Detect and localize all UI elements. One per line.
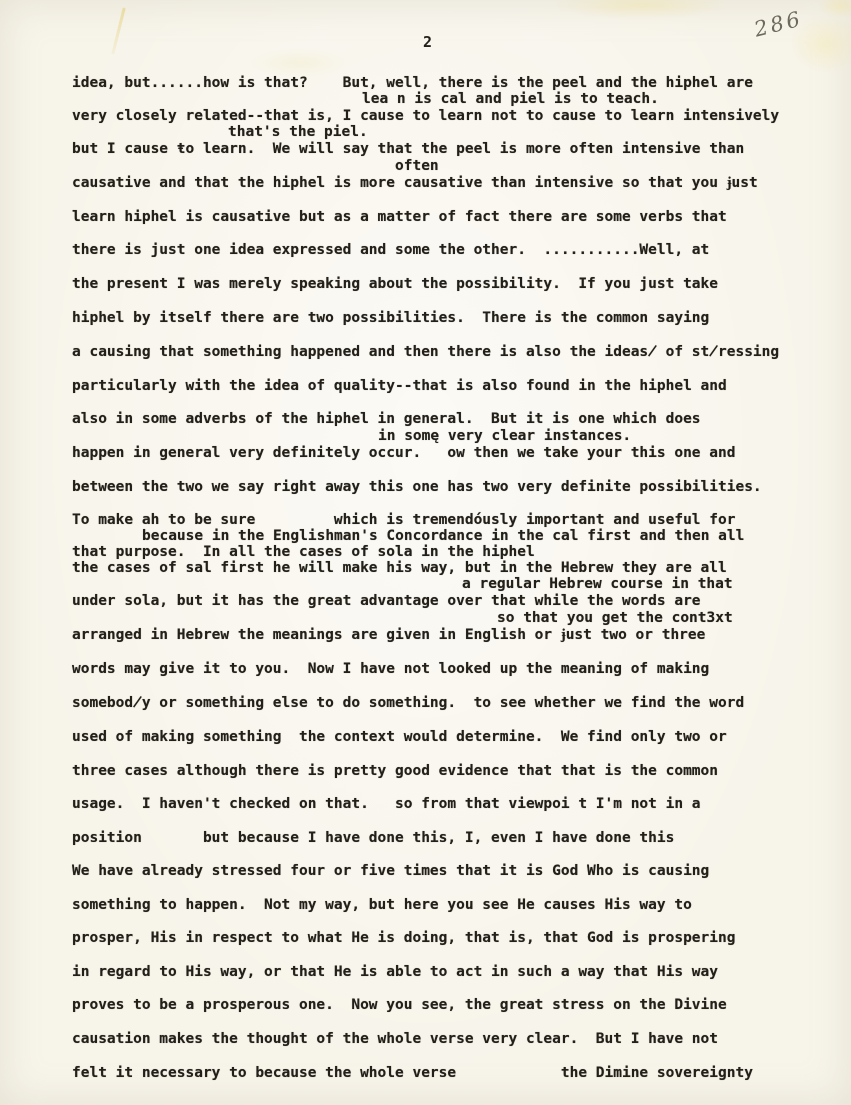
typewritten-line: also in some adverbs of the hiphel in ge…	[72, 410, 701, 428]
page-number: 2	[423, 33, 432, 51]
typewritten-line: a causing that something happened and th…	[72, 343, 779, 361]
typewritten-line: in regard to His way, or that He is able…	[72, 963, 718, 981]
typewritten-line: causative and that the hiphel is more ca…	[72, 174, 758, 192]
typewritten-line: often	[395, 157, 439, 175]
typewritten-line: but I cause ŧo learn. We will say that t…	[72, 140, 744, 158]
typewritten-line: We have already stressed four or five ti…	[72, 862, 709, 880]
typewritten-line: somebod̸y or something else to do someth…	[72, 694, 744, 712]
handwritten-annotation: 286	[752, 6, 805, 41]
paper-stain	[550, 0, 730, 20]
typewritten-line: there is just one idea expressed and som…	[72, 241, 709, 259]
typewritten-line: hiphel by itself there are two possibili…	[72, 309, 709, 327]
typewritten-line: usage. I haven't checked on that. so fro…	[72, 795, 701, 813]
typewritten-line: words may give it to you. Now I have not…	[72, 660, 709, 678]
typewritten-line: the present I was merely speaking about …	[72, 275, 718, 293]
typewritten-line: arranged in Hebrew the meanings are give…	[72, 626, 705, 644]
typewritten-line: so that you get the cont3xt	[497, 609, 733, 627]
typewritten-line: learn hiphel is causative but as a matte…	[72, 208, 727, 226]
typewritten-line: lea n is cal and piel is to teach.	[362, 90, 659, 108]
typewritten-line: a regular Hebrew course in that	[462, 575, 733, 593]
typewritten-line: something to happen. Not my way, but her…	[72, 896, 692, 914]
typewritten-line: prosper, His in respect to what He is do…	[72, 929, 735, 947]
typewritten-line: causation makes the thought of the whole…	[72, 1030, 718, 1048]
paper-stain	[818, 0, 851, 18]
typewritten-line: three cases although there is pretty goo…	[72, 762, 718, 780]
typewritten-line: felt it necessary to because the whole v…	[72, 1064, 753, 1082]
typewritten-line: under sola, but it has the great advanta…	[72, 592, 701, 610]
typewritten-line: proves to be a prosperous one. Now you s…	[72, 996, 727, 1014]
document-page: 2 286 idea, but......how is that? But, w…	[0, 0, 851, 1105]
typewritten-line: between the two we say right away this o…	[72, 478, 762, 496]
pencil-slash-mark	[111, 7, 126, 54]
typewritten-line: that's the piel.	[228, 123, 368, 141]
typewritten-line: used of making something the context wou…	[72, 728, 727, 746]
typewritten-line: in somę very clear instances.	[378, 427, 631, 445]
typewritten-line: very closely related--that is, I cause t…	[72, 107, 779, 125]
typewritten-line: position but because I have done this, I…	[72, 829, 674, 847]
typewritten-line: particularly with the idea of quality--t…	[72, 377, 727, 395]
typewritten-line: happen in general very definitely occur.…	[72, 444, 735, 462]
